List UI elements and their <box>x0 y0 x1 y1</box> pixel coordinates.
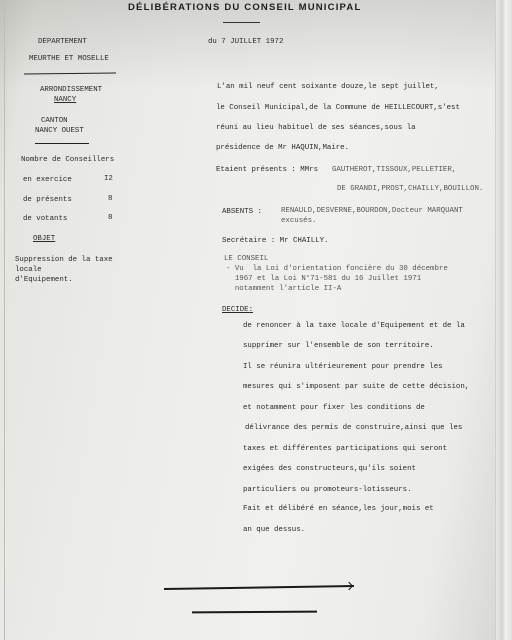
count-value-presents: 8 <box>108 196 112 203</box>
decision-line-7: taxes et différentes participations qui … <box>243 446 447 453</box>
count-label-exercice: en exercice <box>23 177 72 184</box>
vu-line-3: notamment l'article II-A <box>226 286 341 293</box>
page-left-edge <box>4 0 5 640</box>
objet-line-3: d'Equipement. <box>15 277 73 284</box>
decision-line-11: an que dessus. <box>243 527 305 534</box>
arrondissement-label: ARRONDISSEMENT <box>40 87 102 94</box>
count-label-presents: de présents <box>23 197 72 204</box>
decision-line-9: particuliers ou promoteurs-lotisseurs. <box>243 487 412 494</box>
conseillers-title: Nombre de Conseillers <box>21 157 114 164</box>
vu-line-2: 1967 et la Loi N°71-581 du 16 Juillet 19… <box>226 276 421 283</box>
objet-line-1: Suppression de la taxe <box>15 257 113 264</box>
intro-line-1: L'an mil neuf cent soixante douze,le sep… <box>217 84 439 91</box>
count-value-votants: 8 <box>108 215 112 222</box>
presents-label: Etaient présents : MMrs <box>216 167 318 174</box>
absents-line-1: RENAULD,DESVERNE,BOURDON,Docteur MARQUAN… <box>281 208 463 215</box>
canton-label: CANTON <box>41 118 68 125</box>
arrondissement-name: NANCY <box>54 97 76 104</box>
sidebar-rule-2 <box>35 143 89 144</box>
document-title: DÉLIBÉRATIONS DU CONSEIL MUNICIPAL <box>128 2 368 13</box>
intro-line-2: le Conseil Municipal,de la Commune de HE… <box>216 105 460 112</box>
decision-line-8: exigées des constructeurs,qu'ils soient <box>243 466 416 473</box>
document-page <box>0 0 512 640</box>
conseil-label: LE CONSEIL <box>224 256 268 263</box>
count-label-votants: de votants <box>23 216 67 223</box>
decision-line-3: Il se réunira ultérieurement pour prendr… <box>243 364 443 371</box>
decision-line-4: mesures qui s'imposent par suite de cett… <box>243 384 469 391</box>
intro-line-4: présidence de Mr HAQUIN,Maire. <box>216 145 349 152</box>
meeting-date: du 7 JUILLET 1972 <box>208 39 283 46</box>
departement-name: MEURTHE ET MOSELLE <box>29 56 109 63</box>
decision-line-2: supprimer sur l'ensemble de son territoi… <box>243 343 434 350</box>
count-value-exercice: I2 <box>104 176 113 183</box>
presents-line-2: DE GRANDI,PROST,CHAILLY,BOUILLON. <box>337 186 483 193</box>
decision-line-1: de renoncer à la taxe locale d'Equipemen… <box>243 323 465 330</box>
intro-line-3: réuni au lieu habituel de ses séances,so… <box>216 125 416 132</box>
vu-line-1: - Vu la Loi d'orientation foncière du 30… <box>226 266 448 273</box>
decide-label: DECIDE: <box>222 307 253 314</box>
decision-line-5: et notamment pour fixer les conditions d… <box>243 405 425 412</box>
decision-line-10: Fait et délibéré en séance,les jour,mois… <box>243 506 434 513</box>
objet-line-2: locale <box>15 267 42 274</box>
presents-line-1: GAUTHEROT,TISSOUX,PELLETIER, <box>332 167 456 174</box>
objet-label: OBJET <box>33 236 55 243</box>
secretaire: Secrétaire : Mr CHAILLY. <box>222 238 328 245</box>
canton-name: NANCY OUEST <box>35 128 84 135</box>
binder-edge <box>495 0 512 640</box>
absents-line-2: excusés. <box>281 218 316 225</box>
departement-label: DEPARTEMENT <box>38 39 87 46</box>
absents-label: ABSENTS : <box>222 209 262 216</box>
title-rule <box>223 22 260 23</box>
decision-line-6: délivrance des permis de construire,ains… <box>245 425 462 432</box>
